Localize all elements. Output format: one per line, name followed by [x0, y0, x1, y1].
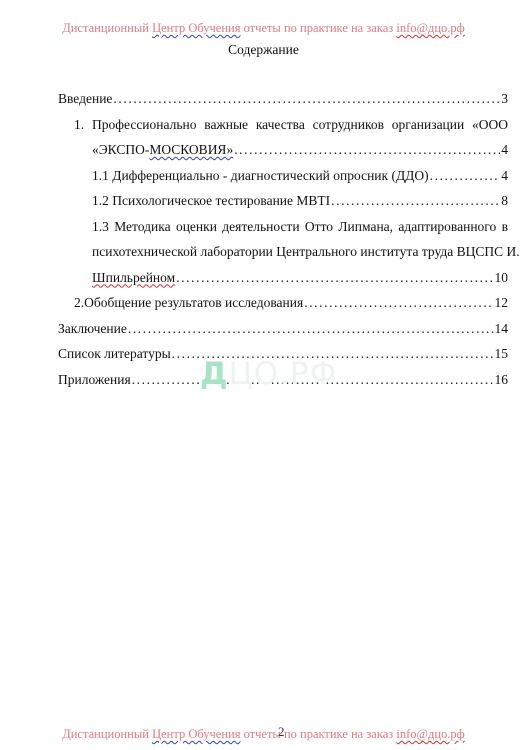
watermark-text: Центр Обучения [152, 21, 240, 35]
toc-entry-section-1-1[interactable]: 1.1 Дифференциально - диагностический оп… [58, 163, 508, 189]
toc-entry-intro[interactable]: Введение3 [58, 86, 508, 112]
toc-entry-section-1-3[interactable]: 1.3 Методика оценки деятельности Отто Ли… [58, 214, 508, 291]
watermark-text: Дистанционный [62, 21, 152, 35]
table-of-contents: Введение3 1.Профессионально важные качес… [58, 86, 508, 392]
site-logo-watermark: ДЦО.РФ [200, 356, 337, 392]
watermark-email[interactable]: info@дцо.рф [396, 21, 464, 35]
toc-entry-chapter-2[interactable]: 2.Обобщение результатов исследования12 [58, 290, 508, 316]
page-title: Содержание [0, 42, 527, 58]
watermark-text: отчеты по практике на заказ [240, 21, 396, 35]
header-watermark: Дистанционный Центр Обучения отчеты по п… [0, 21, 527, 36]
footer-watermark: Дистанционный Центр Обучения отчеты по п… [0, 727, 527, 742]
watermark-email[interactable]: info@дцо.рф [396, 727, 464, 741]
page-number: 2 [278, 724, 285, 740]
toc-entry-conclusion[interactable]: Заключение14 [58, 316, 508, 342]
toc-entry-chapter-1[interactable]: 1.Профессионально важные качества сотруд… [58, 112, 508, 163]
toc-entry-section-1-2[interactable]: 1.2 Психологическое тестирование MBTI8 [58, 188, 508, 214]
